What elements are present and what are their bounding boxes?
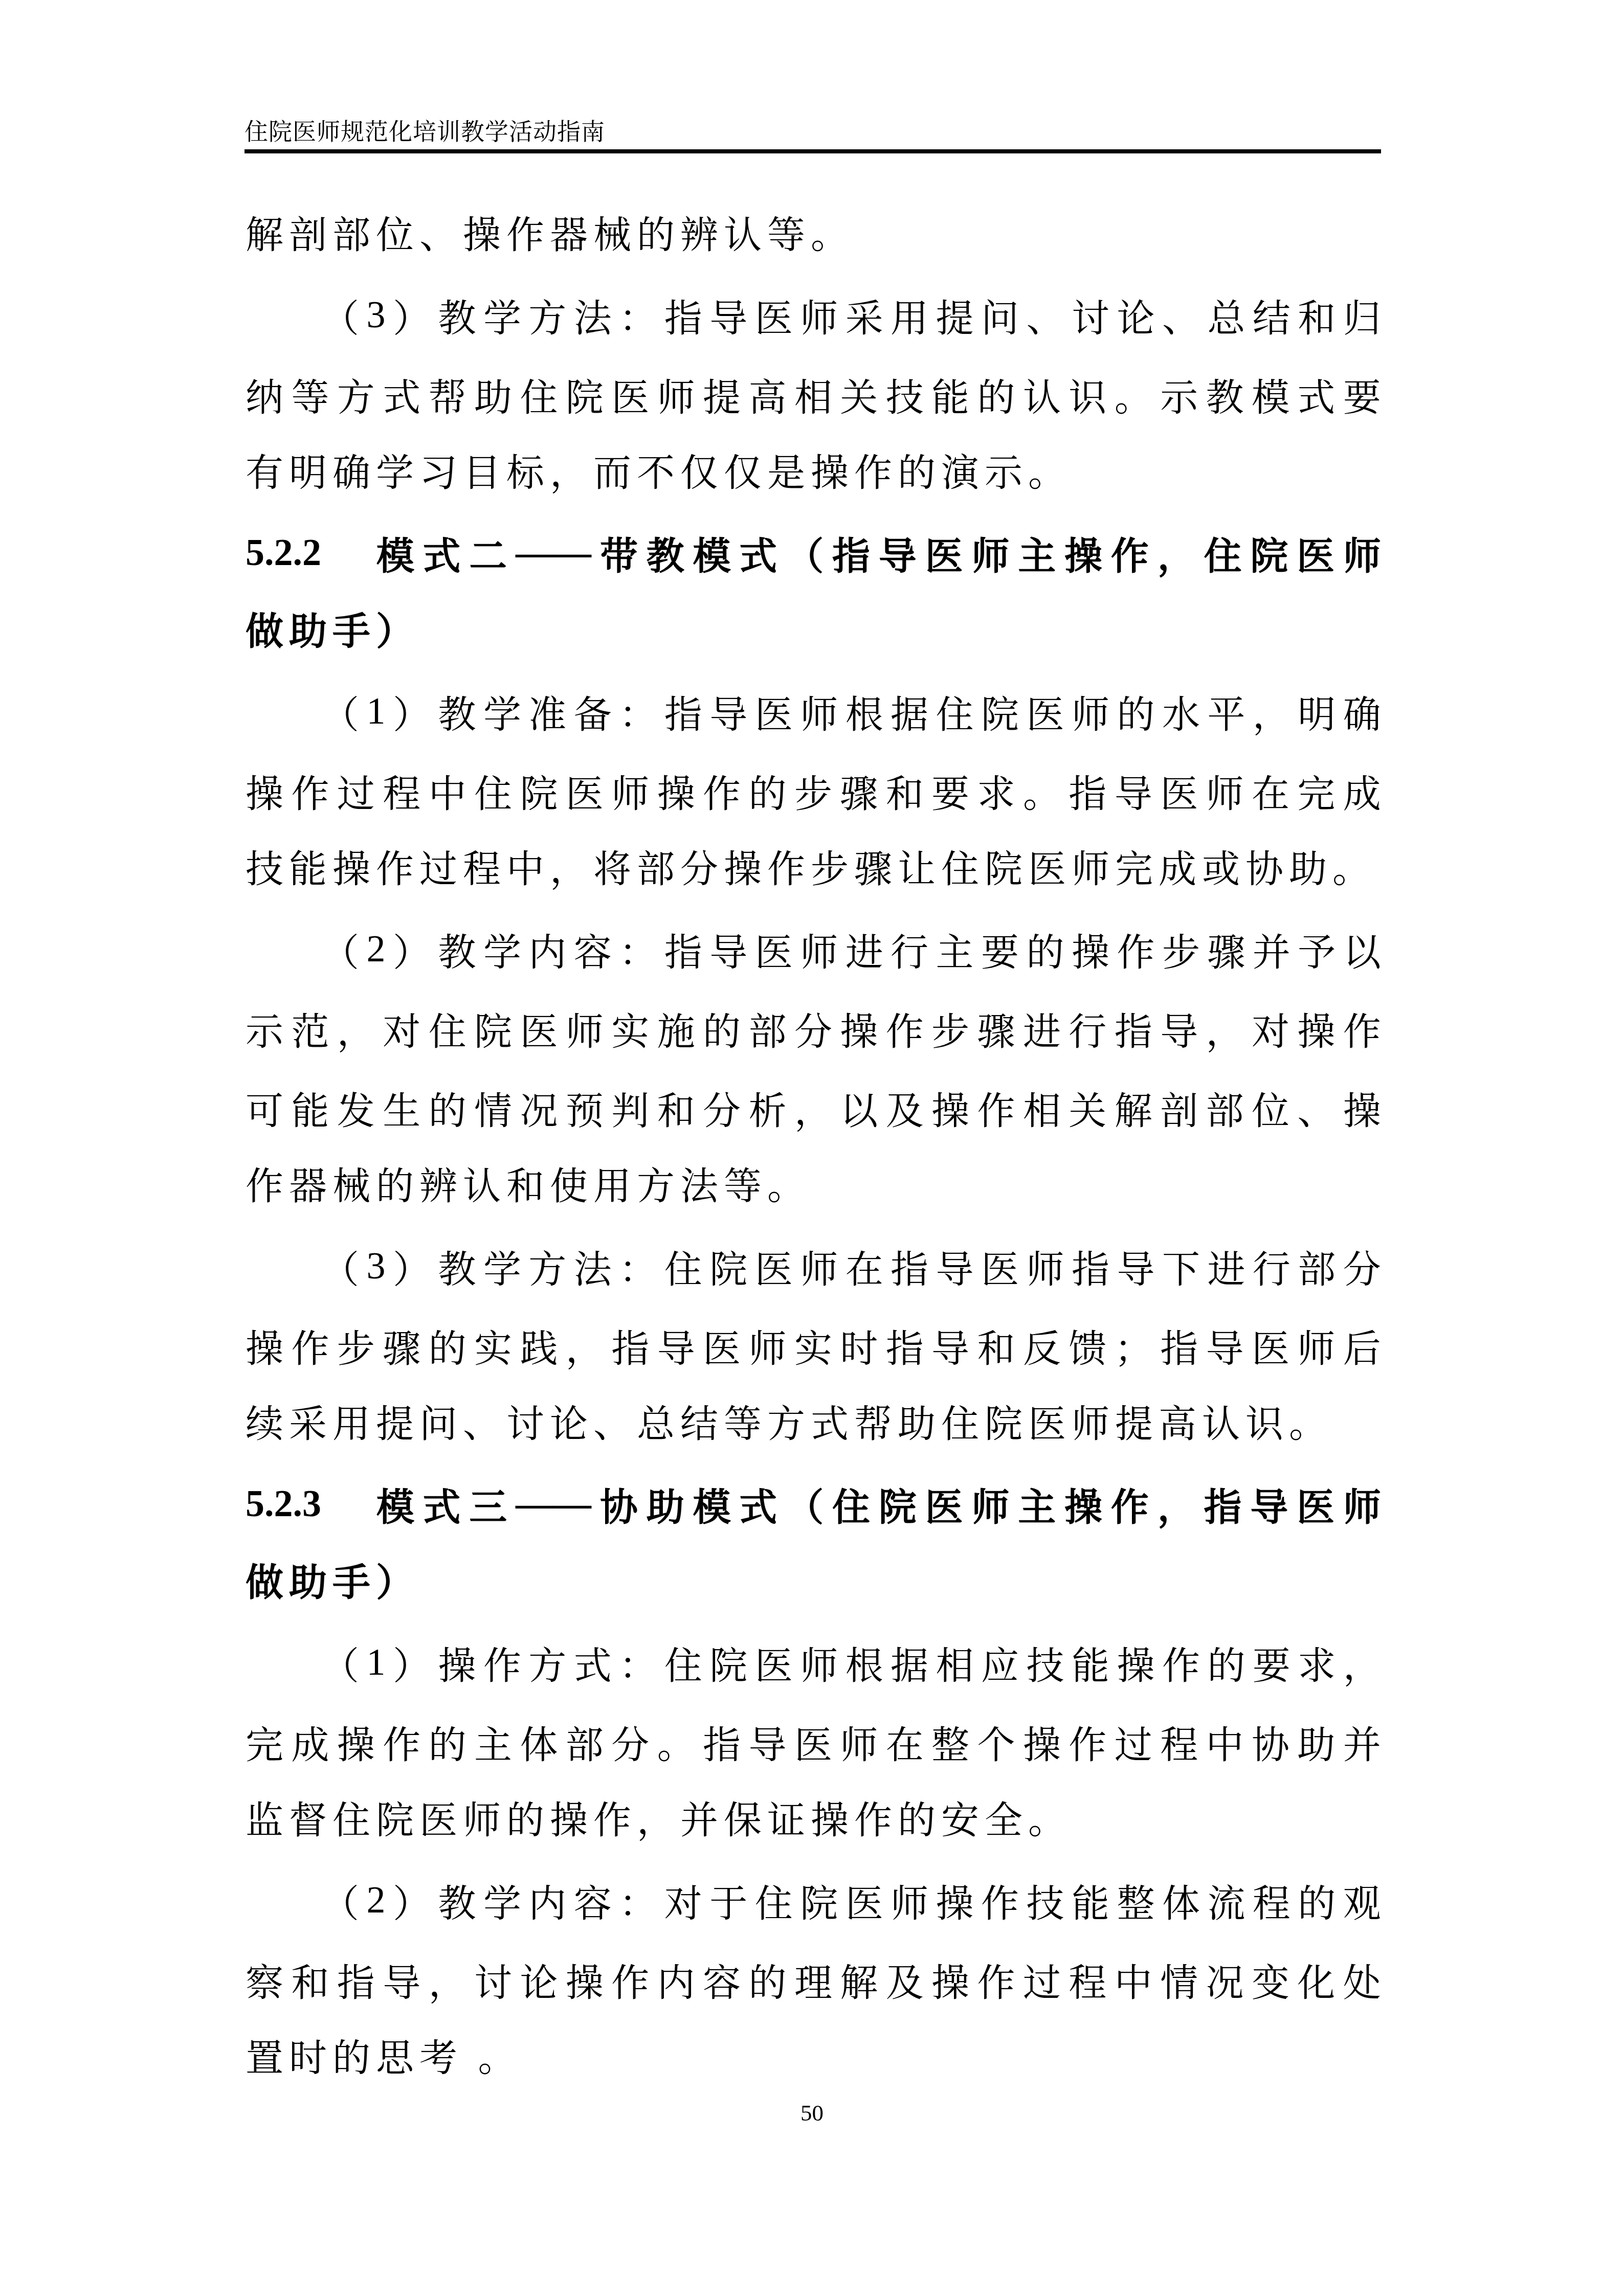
page-number: 50 (0, 2100, 1624, 2126)
text-line: 作器械的辨认和使用方法等。 (246, 1147, 1381, 1227)
page-body: 解剖部位、操作器械的辨认等。 （3）教学方法：指导医师采用提问、讨论、总结和归 … (246, 196, 1381, 2099)
text-line: 操作步骤的实践，指导医师实时指导和反馈；指导医师后 (246, 1306, 1381, 1385)
document-page: 住院医师规范化培训教学活动指南 解剖部位、操作器械的辨认等。 （3）教学方法：指… (0, 0, 1624, 2296)
text-line: 可能发生的情况预判和分析，以及操作相关解剖部位、操 (246, 1068, 1381, 1147)
text-line: （2）教学内容：指导医师进行主要的操作步骤并予以 (246, 910, 1381, 989)
section-heading-5-2-2: 5.2.2 模式二——带教模式（指导医师主操作，住院医师 (246, 513, 1381, 593)
text-line: （3）教学方法：指导医师采用提问、讨论、总结和归 (246, 276, 1381, 355)
text-line: 察和指导，讨论操作内容的理解及操作过程中情况变化处 (246, 1940, 1381, 2019)
page-header: 住院医师规范化培训教学活动指南 (244, 119, 1381, 153)
text-line: （1）操作方式：住院医师根据相应技能操作的要求， (246, 1623, 1381, 1702)
text-line: 示范，对住院医师实施的部分操作步骤进行指导，对操作 (246, 989, 1381, 1068)
text-line: 技能操作过程中，将部分操作步骤让住院医师完成或协助。 (246, 830, 1381, 910)
text-line: 置时的思考 。 (246, 2019, 1381, 2099)
section-heading-5-2-2-cont: 做助手） (246, 593, 1381, 672)
text-line: （2）教学内容：对于住院医师操作技能整体流程的观 (246, 1861, 1381, 1940)
text-line: 操作过程中住院医师操作的步骤和要求。指导医师在完成 (246, 751, 1381, 830)
section-heading-5-2-3-cont: 做助手） (246, 1544, 1381, 1623)
text-line: 监督住院医师的操作，并保证操作的安全。 (246, 1782, 1381, 1861)
text-line: 解剖部位、操作器械的辨认等。 (246, 196, 1381, 276)
text-line: （3）教学方法：住院医师在指导医师指导下进行部分 (246, 1227, 1381, 1306)
text-line: （1）教学准备：指导医师根据住院医师的水平，明确 (246, 672, 1381, 751)
text-line: 续采用提问、讨论、总结等方式帮助住院医师提高认识。 (246, 1385, 1381, 1465)
text-line: 有明确学习目标，而不仅仅是操作的演示。 (246, 434, 1381, 513)
text-line: 完成操作的主体部分。指导医师在整个操作过程中协助并 (246, 1702, 1381, 1782)
header-title: 住院医师规范化培训教学活动指南 (244, 119, 1381, 145)
text-line: 纳等方式帮助住院医师提高相关技能的认识。示教模式要 (246, 355, 1381, 434)
section-heading-5-2-3: 5.2.3 模式三——协助模式（住院医师主操作，指导医师 (246, 1465, 1381, 1544)
